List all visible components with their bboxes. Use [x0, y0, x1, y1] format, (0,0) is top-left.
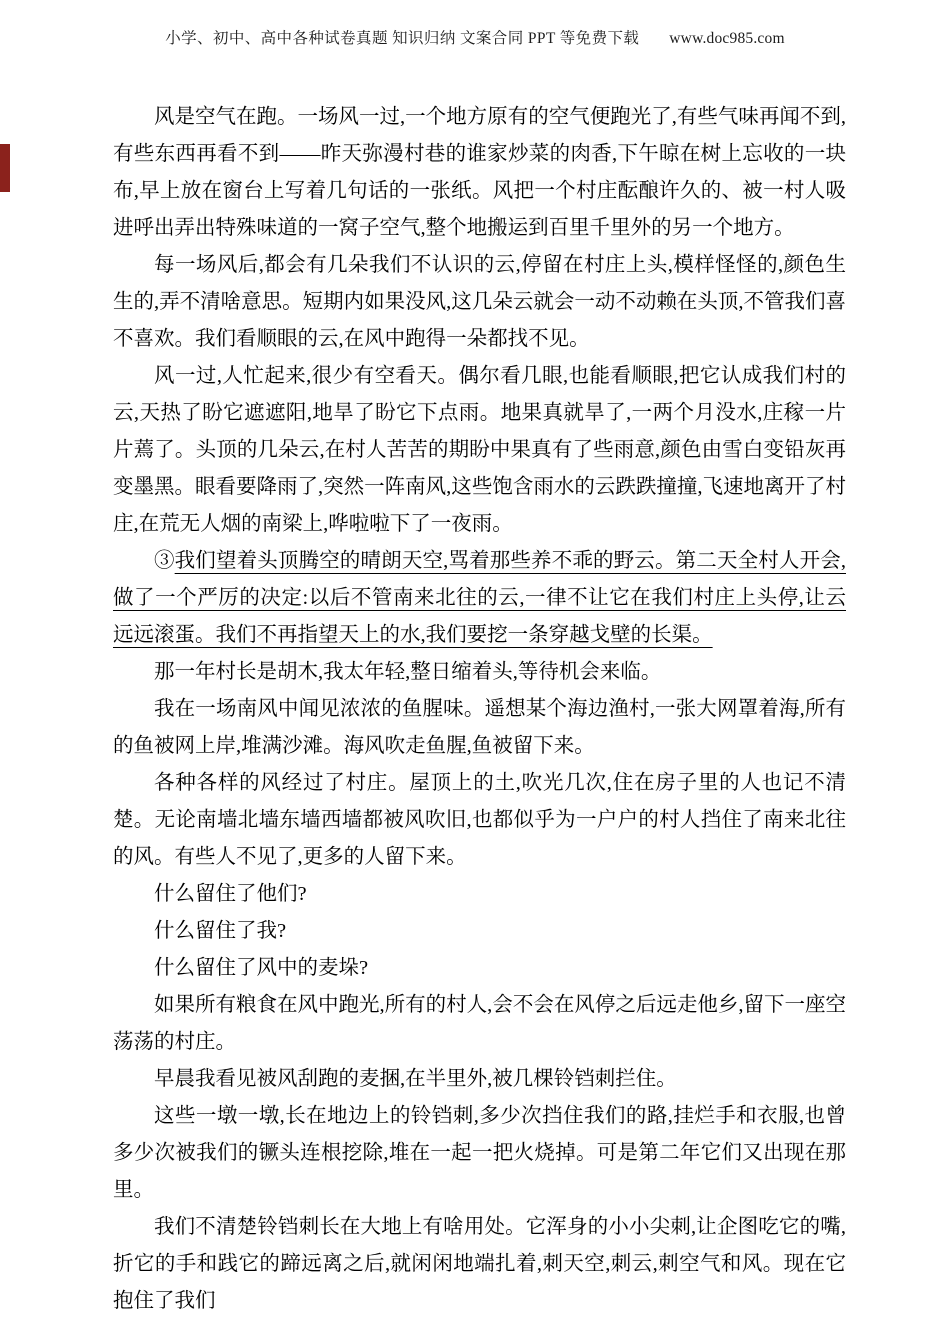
paragraph-1: 风是空气在跑。一场风一过,一个地方原有的空气便跑光了,有些气味再闻不到,有些东西…	[113, 99, 846, 247]
paragraph-7: 各种各样的风经过了村庄。屋顶上的土,吹光几次,住在房子里的人也记不清楚。无论南墙…	[113, 765, 846, 876]
paragraph-14: 我们不清楚铃铛刺长在大地上有啥用处。它浑身的小小尖刺,让企图吃它的嘴,折它的手和…	[113, 1209, 846, 1320]
paragraph-number-marker: ③	[154, 550, 175, 572]
paragraph-5: 那一年村长是胡木,我太年轻,整日缩着头,等待机会来临。	[113, 654, 846, 691]
paragraph-13: 这些一墩一墩,长在地边上的铃铛刺,多少次挡住我们的路,挂烂手和衣服,也曾多少次被…	[113, 1098, 846, 1209]
header-site-url: www.doc985.com	[669, 30, 784, 47]
page-header: 小学、初中、高中各种试卷真题 知识归纳 文案合同 PPT 等免费下载www.do…	[0, 26, 950, 48]
passage-body: 风是空气在跑。一场风一过,一个地方原有的空气便跑光了,有些气味再闻不到,有些东西…	[113, 99, 846, 1320]
header-promo-text: 小学、初中、高中各种试卷真题 知识归纳 文案合同 PPT 等免费下载	[165, 30, 639, 47]
paragraph-11: 如果所有粮食在风中跑光,所有的村人,会不会在风停之后远走他乡,留下一座空荡荡的村…	[113, 987, 846, 1061]
paragraph-4-marked: ③我们望着头顶腾空的晴朗天空,骂着那些养不乖的野云。第二天全村人开会,做了一个严…	[113, 543, 846, 654]
paragraph-8-question: 什么留住了他们?	[113, 876, 846, 913]
paragraph-6: 我在一场南风中闻见浓浓的鱼腥味。遥想某个海边渔村,一张大网罩着海,所有的鱼被网上…	[113, 691, 846, 765]
underlined-passage: 我们望着头顶腾空的晴朗天空,骂着那些养不乖的野云。第二天全村人开会,做了一个严厉…	[113, 550, 846, 646]
document-page: 小学、初中、高中各种试卷真题 知识归纳 文案合同 PPT 等免费下载www.do…	[0, 0, 950, 1344]
paragraph-9-question: 什么留住了我?	[113, 913, 846, 950]
page-edge-marker	[0, 144, 10, 192]
paragraph-2: 每一场风后,都会有几朵我们不认识的云,停留在村庄上头,模样怪怪的,颜色生生的,弄…	[113, 247, 846, 358]
paragraph-10-question: 什么留住了风中的麦垛?	[113, 950, 846, 987]
paragraph-12: 早晨我看见被风刮跑的麦捆,在半里外,被几棵铃铛刺拦住。	[113, 1061, 846, 1098]
paragraph-3: 风一过,人忙起来,很少有空看天。偶尔看几眼,也能看顺眼,把它认成我们村的云,天热…	[113, 358, 846, 543]
